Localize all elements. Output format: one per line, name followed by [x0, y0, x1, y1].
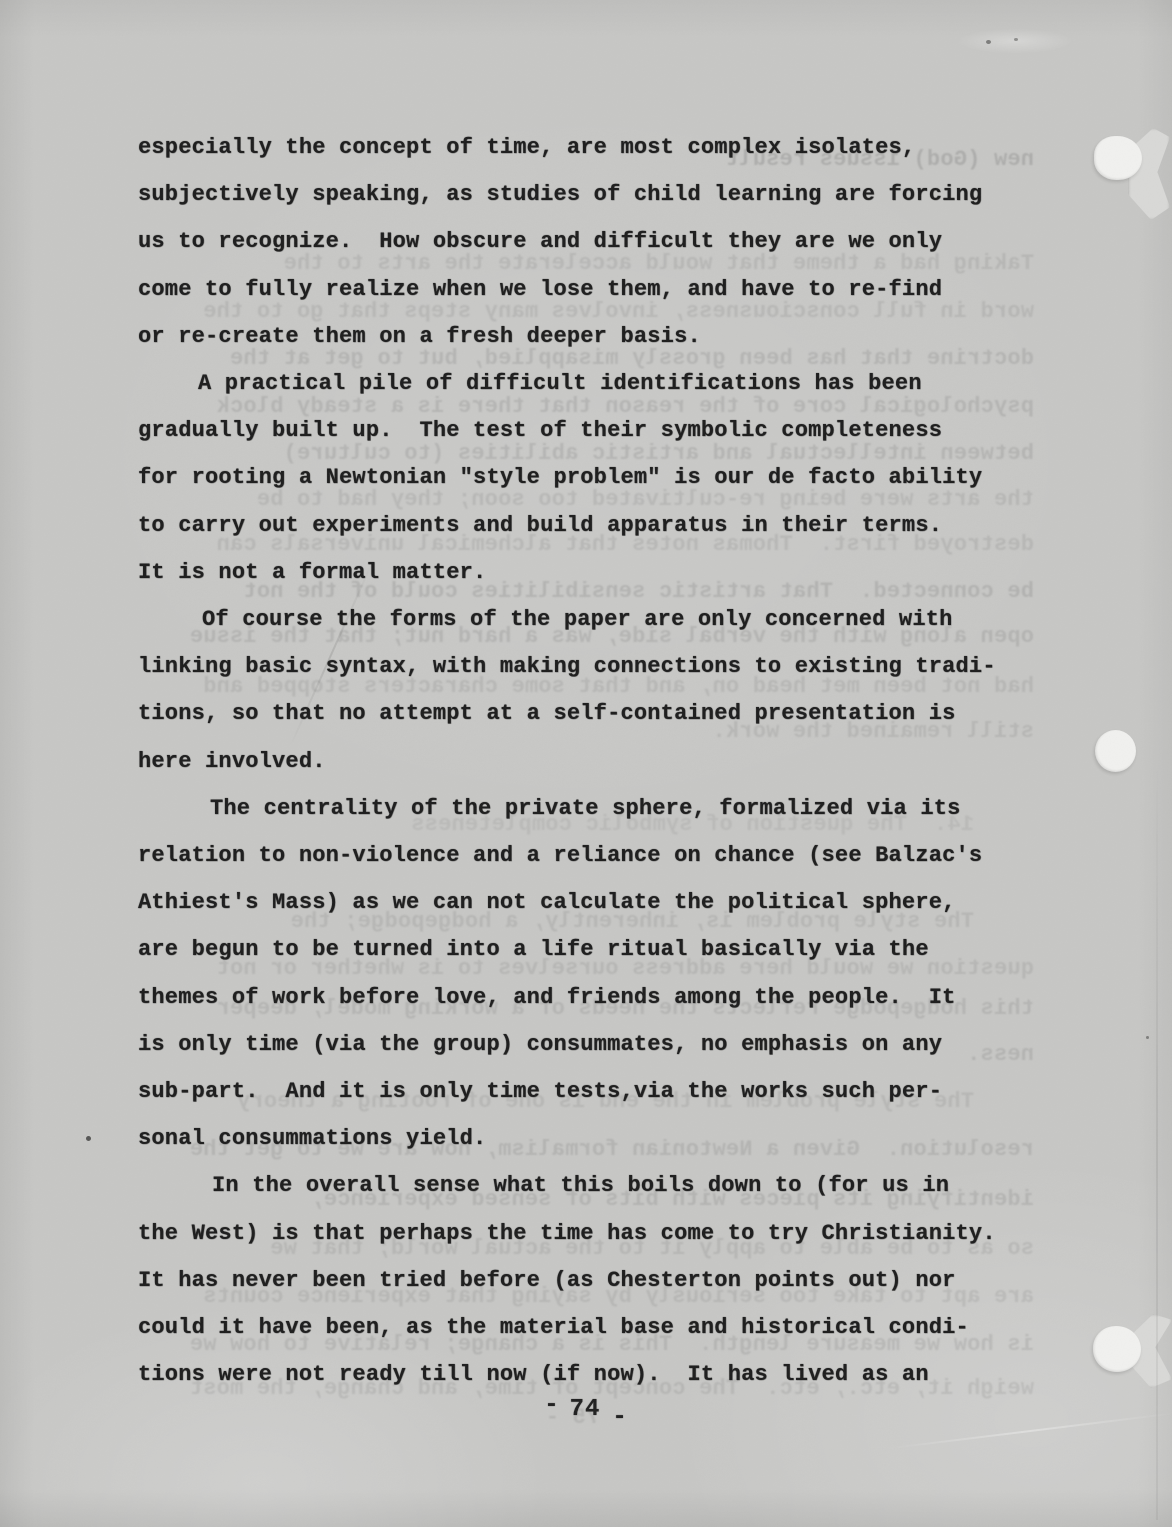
- page-number: -74-: [0, 1396, 1172, 1423]
- punch-hole-top: [1094, 136, 1142, 180]
- typed-line: sub-part. And it is only time tests,via …: [138, 1068, 1058, 1115]
- typed-line: to carry out experiments and build appar…: [138, 502, 1058, 549]
- paper-speck: [86, 1136, 91, 1141]
- page-number-dash-left: -: [544, 1392, 559, 1419]
- paper-speck: [1146, 1036, 1149, 1039]
- typed-line: come to fully realize when we lose them,…: [138, 266, 1058, 313]
- punch-hole-middle: [1095, 730, 1136, 772]
- typed-line: subjectively speaking, as studies of chi…: [138, 171, 1058, 218]
- typed-line: tions were not ready till now (if now). …: [138, 1351, 1058, 1398]
- page-body-text: especially the concept of time, are most…: [138, 124, 1058, 1398]
- typed-line: is only time (via the group) consummates…: [138, 1021, 1058, 1068]
- typewritten-page: new (God) issues resultTaking had a them…: [0, 0, 1172, 1527]
- typed-line: or re-create them on a fresh deeper basi…: [138, 313, 1058, 360]
- typed-line: us to recognize. How obscure and difficu…: [138, 218, 1058, 265]
- typed-line: It has never been tried before (as Chest…: [138, 1257, 1058, 1304]
- typed-line: relation to non-violence and a reliance …: [138, 832, 1058, 879]
- typed-line: Of course the forms of the paper are onl…: [138, 596, 1058, 643]
- typed-line: It is not a formal matter.: [138, 549, 1058, 596]
- typed-line: the West) is that perhaps the time has c…: [138, 1210, 1058, 1257]
- paper-speck: [986, 40, 991, 44]
- typed-line: sonal consummations yield.: [138, 1115, 1058, 1162]
- paper-speck: [1014, 38, 1018, 41]
- typed-line: In the overall sense what this boils dow…: [138, 1162, 1058, 1209]
- typed-line: themes of work before love, and friends …: [138, 974, 1058, 1021]
- typed-line: gradually built up. The test of their sy…: [138, 407, 1058, 454]
- typed-line: tions, so that no attempt at a self-cont…: [138, 690, 1058, 737]
- page-number-value: 74: [570, 1396, 601, 1423]
- typed-line: A practical pile of difficult identifica…: [138, 360, 1058, 407]
- typed-line: The centrality of the private sphere, fo…: [138, 785, 1058, 832]
- typed-line: here involved.: [138, 738, 1058, 785]
- page-number-dash-right: -: [612, 1404, 627, 1431]
- punch-hole-bottom: [1093, 1326, 1141, 1372]
- typed-line: especially the concept of time, are most…: [138, 124, 1058, 171]
- paper-crease: [955, 28, 1075, 54]
- typed-line: are begun to be turned into a life ritua…: [138, 926, 1058, 973]
- typed-line: could it have been, as the material base…: [138, 1304, 1058, 1351]
- typed-line: for rooting a Newtonian "style problem" …: [138, 454, 1058, 501]
- typed-line: Athiest's Mass) as we can not calculate …: [138, 879, 1058, 926]
- typed-line: linking basic syntax, with making connec…: [138, 643, 1058, 690]
